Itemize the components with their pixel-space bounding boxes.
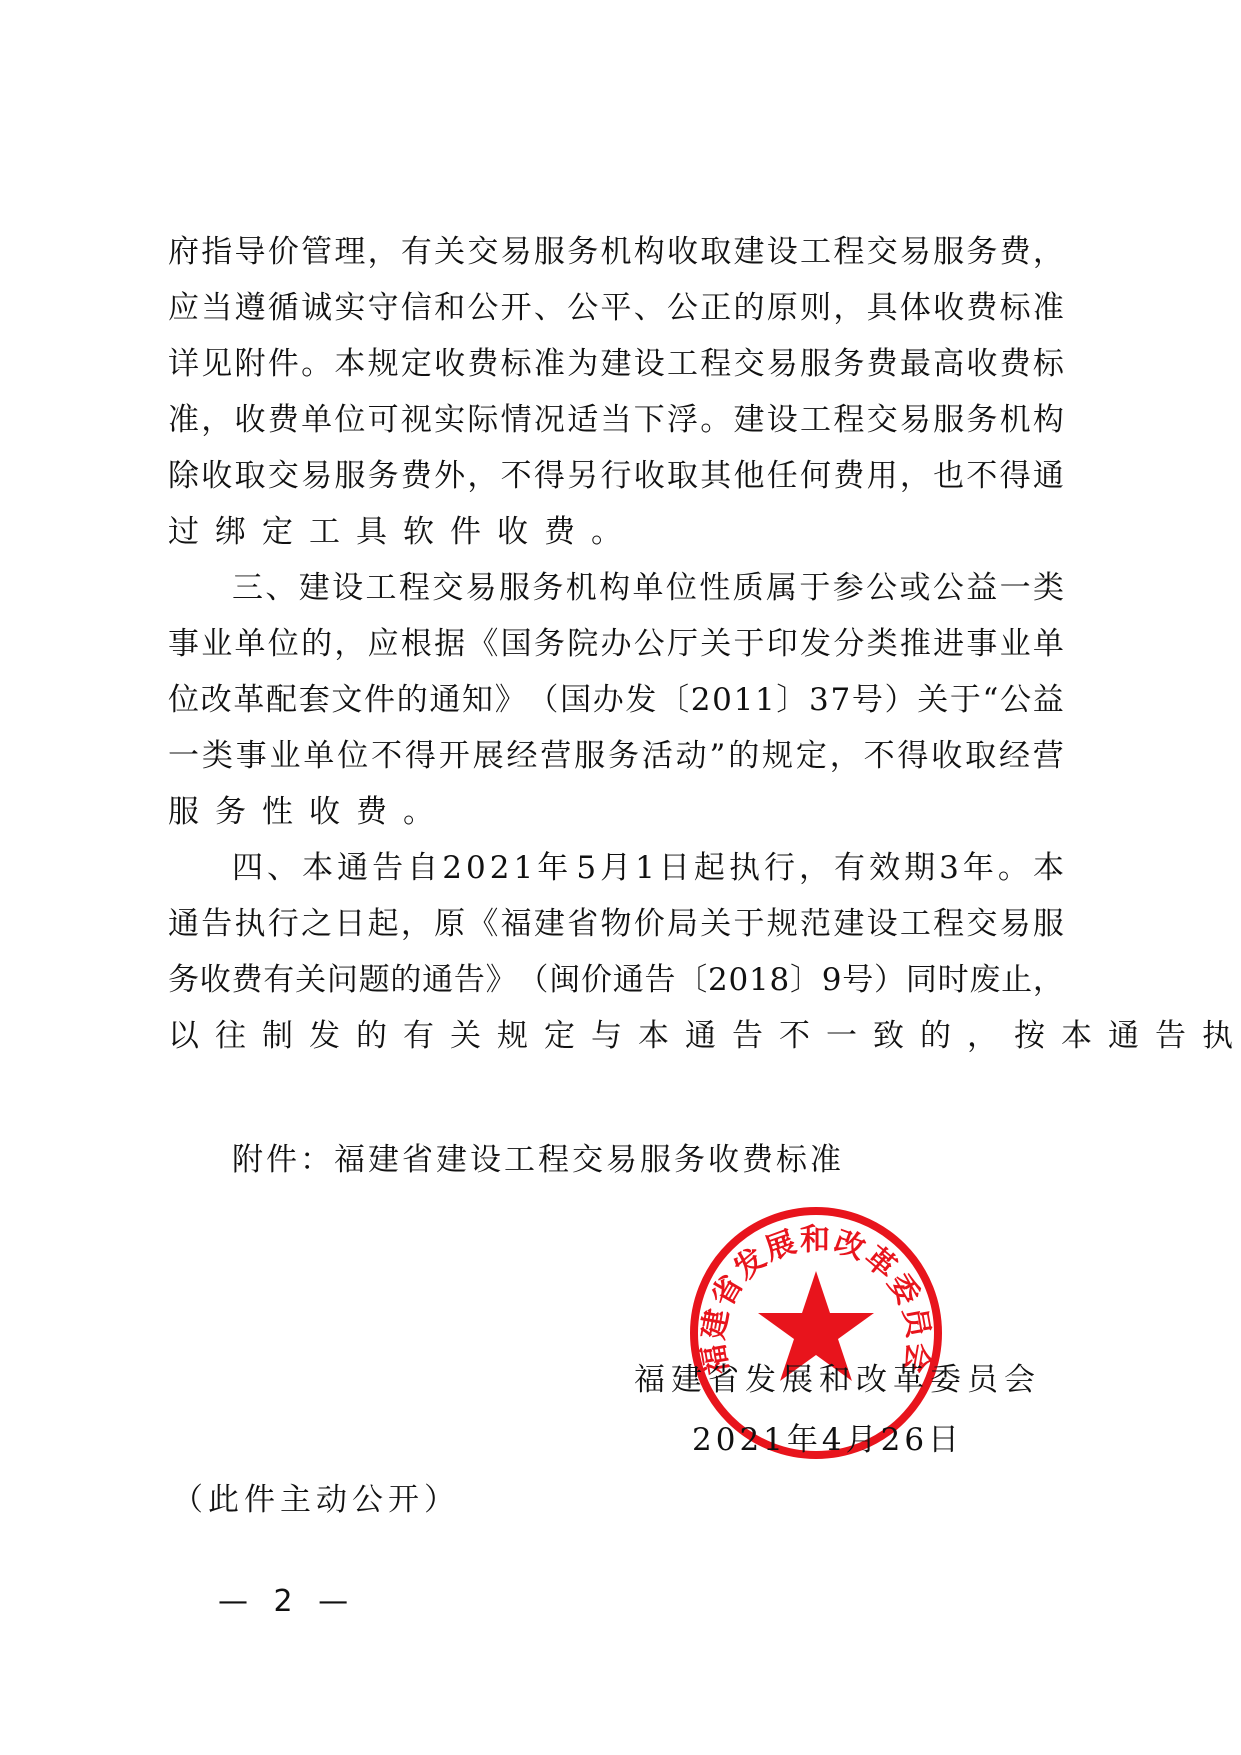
- document-page: 府指导价管理，有关交易服务机构收取建设工程交易服务费，应当遵循诚实守信和公开、公…: [0, 0, 1241, 1755]
- disclosure-note: （此件主动公开）: [172, 1480, 460, 1520]
- body-line: 三、建设工程交易服务机构单位性质属于参公或公益一类: [232, 568, 1064, 608]
- body-line: 应当遵循诚实守信和公开、公平、公正的原则，具体收费标准: [168, 288, 1064, 328]
- issuer-signature: 福建省发展和改革委员会: [634, 1360, 1041, 1400]
- body-line: 一类事业单位不得开展经营服务活动”的规定，不得收取经营: [168, 736, 1064, 776]
- body-line: 府指导价管理，有关交易服务机构收取建设工程交易服务费，: [168, 232, 1064, 272]
- page-number: — 2 —: [218, 1582, 356, 1622]
- body-line: 事业单位的，应根据《国务院办公厅关于印发分类推进事业单: [168, 624, 1064, 664]
- body-line: 务收费有关问题的通告》（闽价通告〔2018〕9号）同时废止，: [168, 960, 1064, 1000]
- body-line: 准，收费单位可视实际情况适当下浮。建设工程交易服务机构: [168, 400, 1064, 440]
- body-line: 四、本通告自2021年 5月1日起执行，有效期3年。本: [232, 848, 1064, 888]
- issue-date: 2021年4月26日: [692, 1420, 963, 1460]
- body-line: 位改革配套文件的通知》（国办发〔2011〕37号）关于“公益: [168, 680, 1064, 720]
- body-line: 以往制发的有关规定与本通告不一致的，按本通告执行。: [168, 1016, 1064, 1056]
- body-line: 过绑定工具软件收费。: [168, 512, 1064, 552]
- body-line: 服务性收费。: [168, 792, 1064, 832]
- body-line: 通告执行之日起，原《福建省物价局关于规范建设工程交易服: [168, 904, 1064, 944]
- attachment-line: 附件：福建省建设工程交易服务收费标准: [232, 1140, 844, 1180]
- body-line: 详见附件。本规定收费标准为建设工程交易服务费最高收费标: [168, 344, 1064, 384]
- body-line: 除收取交易服务费外，不得另行收取其他任何费用，也不得通: [168, 456, 1064, 496]
